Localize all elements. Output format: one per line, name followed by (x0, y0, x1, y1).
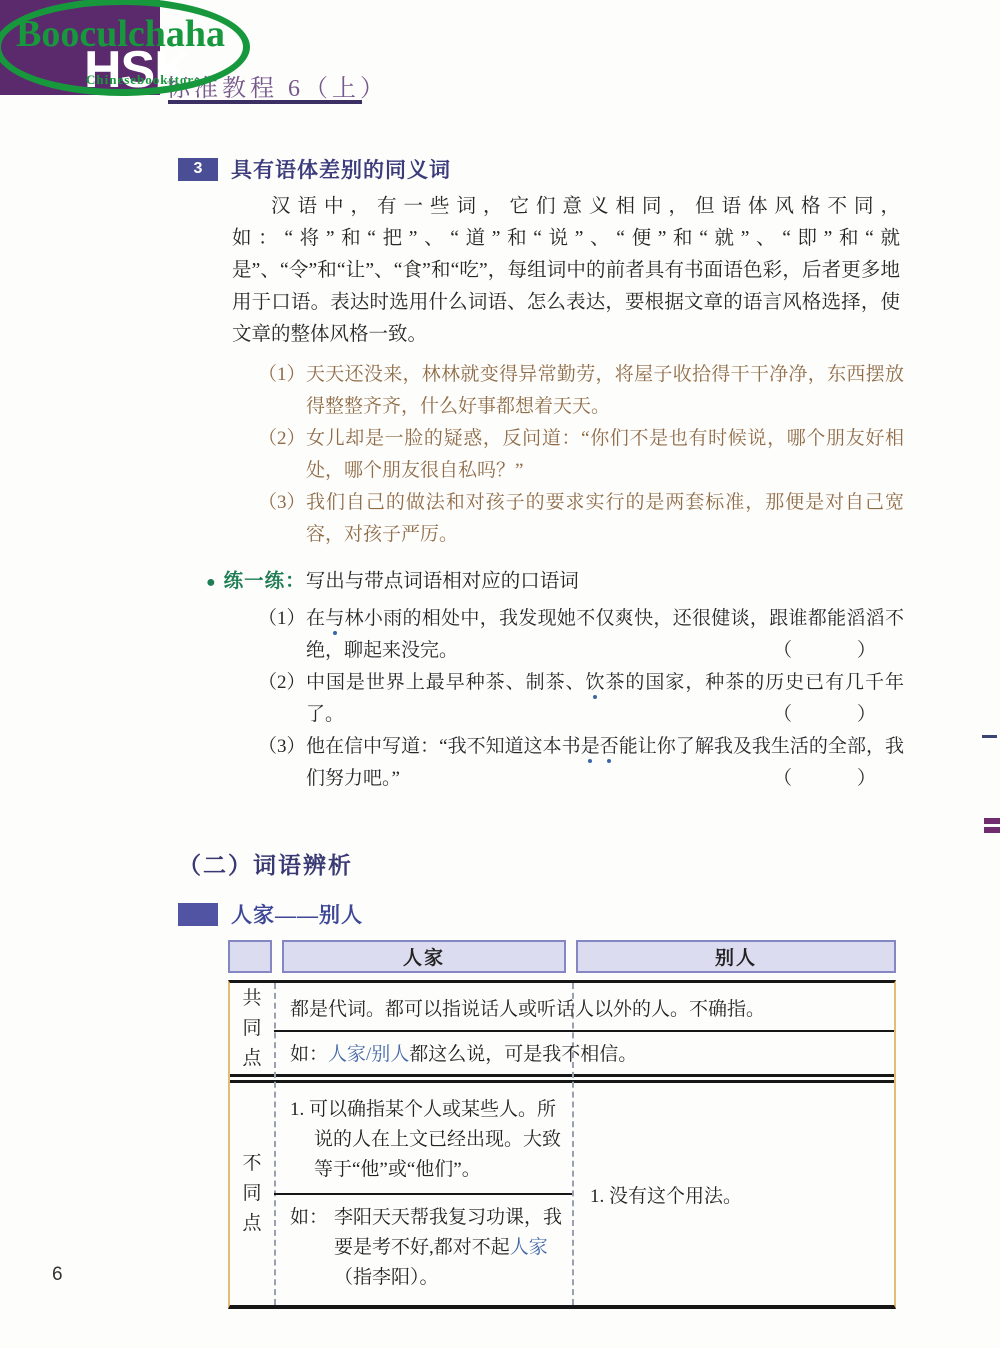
practice-label: 练一练： (224, 571, 306, 592)
example-number: （2） (258, 423, 306, 487)
common-points-section: 共同点 都是代词。都可以指说话人或听话人以外的人。不确指。 如：人家/别人都这么… (230, 983, 894, 1074)
page-content: 3 具有语体差别的同义词 汉语中，有一些词，它们意义相同，但语体风格不同，如：“… (178, 157, 904, 1309)
common-content: 都是代词。都可以指说话人或听话人以外的人。不确指。 如：人家/别人都这么说，可是… (274, 983, 894, 1074)
practice-item-text: 中国是世界上最早种茶、制茶、饮茶的国家，种茶的历史已有几千年了。（ ） (306, 667, 904, 731)
example-number: （3） (258, 487, 306, 551)
section3-title: 具有语体差别的同义词 (231, 154, 451, 184)
comparison-table: 人家 别人 共同点 都是代词。都可以指说话人或听话人以外的人。不确指。 如：人家… (228, 940, 896, 1309)
practice-item-text: 在与林小雨的相处中，我发现她不仅爽快，还很健谈，跟谁都能滔滔不绝，聊起来没完。（… (306, 603, 904, 667)
practice-item: （3） 他在信中写道：“我不知道这本书是否能让你了解我及我生活的全部，我们努力吧… (258, 731, 904, 795)
textbook-page: 标准教程 6（上） HSK Booculchaha Chinesebooksto… (0, 0, 1000, 1348)
text-rest: （指李阳）。 (334, 1267, 439, 1288)
common-definition: 都是代词。都可以指说话人或听话人以外的人。不确指。 (274, 983, 894, 1032)
table-header-row: 人家 别人 (228, 940, 896, 973)
section3-heading: 3 具有语体差别的同义词 (178, 157, 904, 181)
example-number: （1） (258, 359, 306, 423)
header-spacer-cell (228, 940, 272, 973)
section3-paragraph: 汉语中，有一些词，它们意义相同，但语体风格不同，如：“将”和“把”、“道”和“说… (232, 191, 900, 351)
title-underline (168, 100, 362, 104)
practice-instruction: 写出与带点词语相对应的口语词 (306, 571, 579, 592)
row-label-cell: 共同点 (230, 983, 274, 1074)
section3-examples: （1） 天天还没来，林林就变得异常勤劳，将屋子收拾得干干净净，东西摆放得整整齐齐… (258, 359, 904, 551)
example-item: （1） 天天还没来，林林就变得异常勤劳，将屋子收拾得干干净净，东西摆放得整整齐齐… (258, 359, 904, 423)
practice-item-text: 他在信中写道：“我不知道这本书是否能让你了解我及我生活的全部，我们努力吧。”（ … (306, 731, 904, 795)
practice-heading: ●练一练：写出与带点词语相对应的口语词 (206, 565, 904, 593)
practice-item-number: （1） (258, 603, 306, 667)
row-label-cell: 不同点 (230, 1083, 274, 1305)
highlighted-word: 人家 (510, 1237, 548, 1258)
example-body: 李阳天天帮我复习功课，我要是考不好,都对不起人家（指李阳）。 (334, 1203, 566, 1293)
highlighted-words: 人家/别人 (328, 1044, 409, 1065)
dotted-word: 饮 (586, 672, 606, 693)
text-pre: 他在信中写道：“我不知道这本书 (306, 736, 581, 757)
text-pre: 中国是世界上最早种茶、制茶、 (306, 672, 586, 693)
row-label: 不同点 (241, 1149, 263, 1239)
section2-heading: （二）词语辨析 (178, 847, 904, 880)
example-label: 如： (290, 1044, 328, 1065)
logo-brand-text: Booculchaha (16, 12, 225, 56)
different-points-section: 不同点 1. 可以确指某个人或某些人。所说的人在上文已经出现。大致等于“他”或“… (230, 1083, 894, 1305)
practice-item: （1） 在与林小雨的相处中，我发现她不仅爽快，还很健谈，跟谁都能滔滔不绝，聊起来… (258, 603, 904, 667)
practice-item-number: （3） (258, 731, 306, 795)
page-number: 6 (52, 1264, 63, 1286)
edge-mark-line (982, 735, 997, 738)
example-text: 女儿却是一脸的疑惑，反问道：“你们不是也有时候说，哪个朋友好相处，哪个朋友很自私… (306, 423, 904, 487)
section-divider (230, 1074, 894, 1083)
example-rest: 都这么说，可是我不相信。 (409, 1044, 637, 1065)
example-text: 天天还没来，林林就变得异常勤劳，将屋子收拾得干干净净，东西摆放得整整齐齐，什么好… (306, 359, 904, 423)
heading-box (178, 903, 218, 926)
dotted-word: 是否 (581, 736, 619, 757)
practice-item: （2） 中国是世界上最早种茶、制茶、饮茶的国家，种茶的历史已有几千年了。（ ） (258, 667, 904, 731)
renjia-column: 1. 可以确指某个人或某些人。所说的人在上文已经出现。大致等于“他”或“他们”。… (274, 1083, 572, 1305)
example-label: 如： (290, 1203, 334, 1293)
example-item: （3） 我们自己的做法和对孩子的要求实行的是两套标准，那便是对自己宽容，对孩子严… (258, 487, 904, 551)
renjia-example: 如： 李阳天天帮我复习功课，我要是考不好,都对不起人家（指李阳）。 (274, 1195, 572, 1305)
answer-blank: （ ） (773, 635, 878, 667)
practice-item-number: （2） (258, 667, 306, 731)
header-cell-bieren: 别人 (576, 940, 896, 973)
example-item: （2） 女儿却是一脸的疑惑，反问道：“你们不是也有时候说，哪个朋友好相处，哪个朋… (258, 423, 904, 487)
answer-blank: （ ） (773, 763, 878, 795)
logo-store-text: Chinesebookstore (86, 72, 201, 88)
answer-blank: （ ） (773, 699, 878, 731)
example-text: 我们自己的做法和对孩子的要求实行的是两套标准，那便是对自己宽容，对孩子严厉。 (306, 487, 904, 551)
header-cell-renjia: 人家 (282, 940, 566, 973)
practice-items: （1） 在与林小雨的相处中，我发现她不仅爽快，还很健谈，跟谁都能滔滔不绝，聊起来… (258, 603, 904, 795)
bieren-definition: 1. 没有这个用法。 (590, 1181, 742, 1208)
bullet-icon: ● (206, 574, 216, 591)
text-pre: 在 (306, 608, 325, 629)
bieren-column: 1. 没有这个用法。 (572, 1083, 894, 1305)
edge-mark-double-bar (984, 818, 1000, 833)
table-body: 共同点 都是代词。都可以指说话人或听话人以外的人。不确指。 如：人家/别人都这么… (228, 980, 896, 1309)
renjia-definition: 1. 可以确指某个人或某些人。所说的人在上文已经出现。大致等于“他”或“他们”。 (274, 1083, 572, 1195)
compare-title: 人家——别人 (231, 899, 363, 929)
common-example: 如：人家/别人都这么说，可是我不相信。 (274, 1032, 894, 1074)
compare-heading: 人家——别人 (178, 902, 904, 926)
row-label: 共同点 (241, 984, 263, 1074)
dotted-word: 与 (325, 608, 344, 629)
section-number-box: 3 (178, 158, 218, 181)
